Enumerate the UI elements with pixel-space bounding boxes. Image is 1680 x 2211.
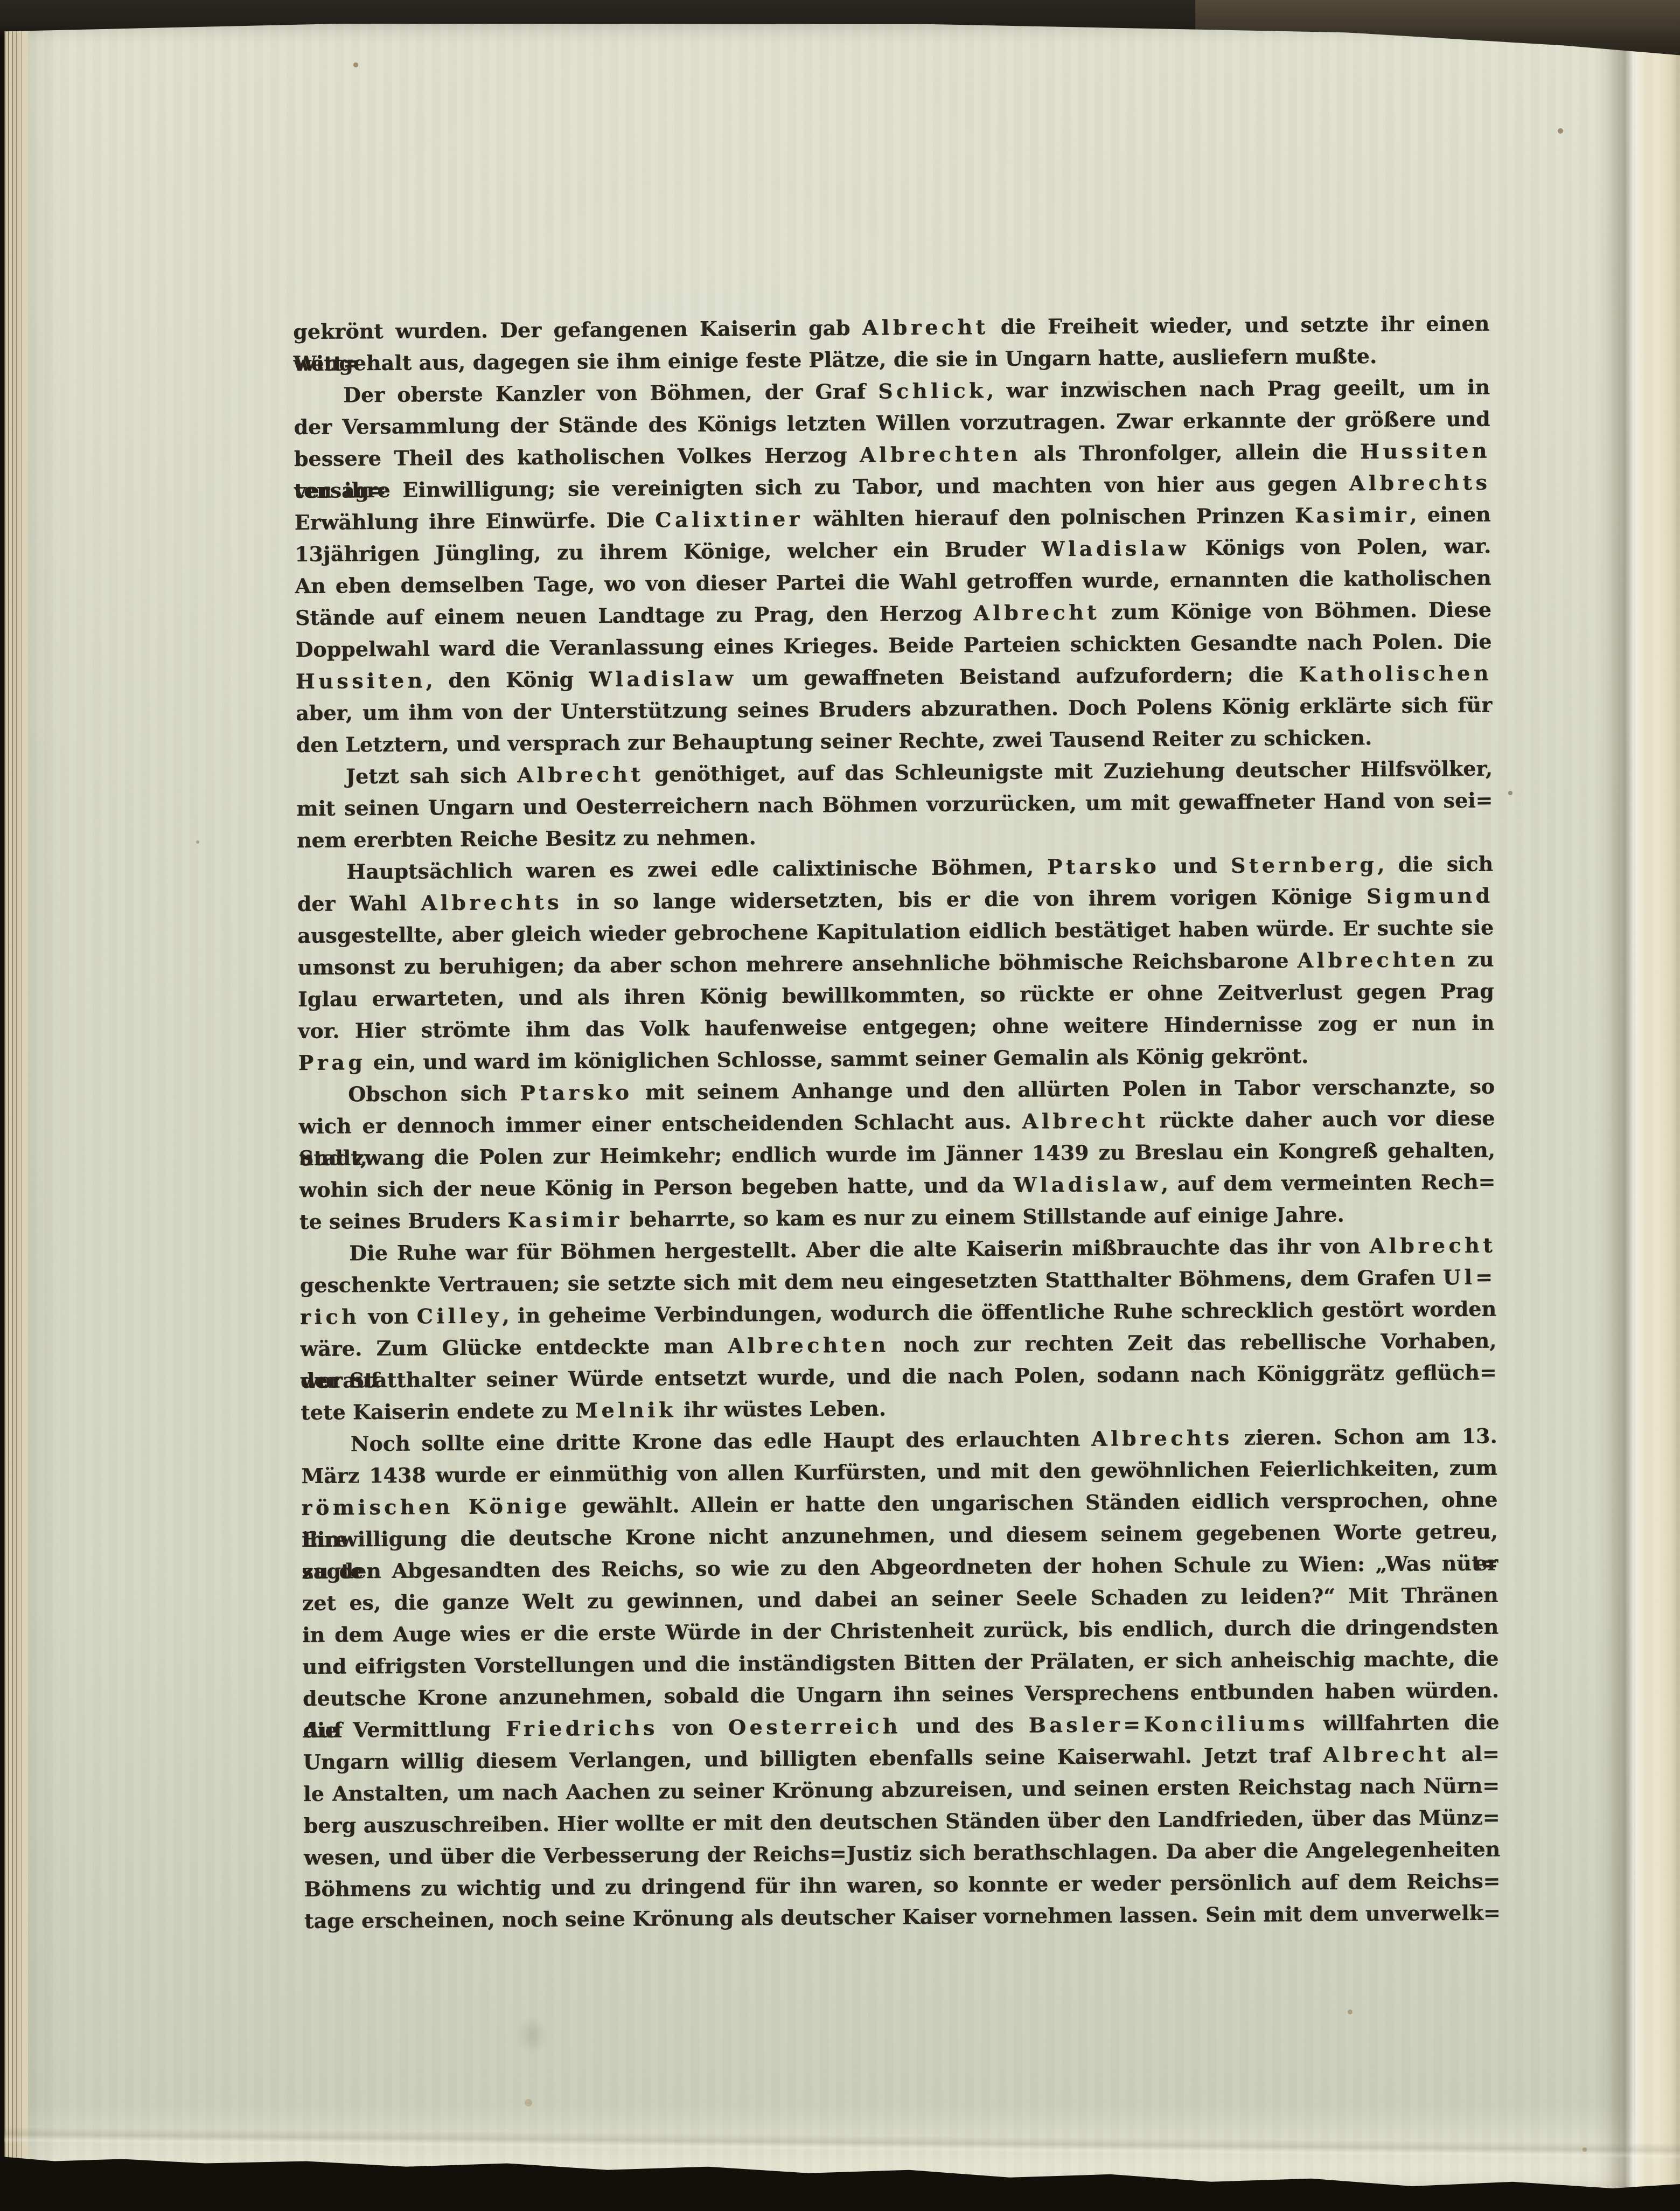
text-run: um gewaffneten Beistand aufzufordern; di… (736, 662, 1299, 690)
text-run: mit seinem Anhange und den allürten Pole… (632, 1074, 1495, 1104)
letterspaced-name: Albrechten (860, 442, 1021, 467)
bottom-fold-shadow (4, 2127, 1680, 2159)
paper-speck (1508, 791, 1512, 795)
text-run: Böhmens zu wichtig und zu dringend für i… (304, 1868, 1500, 1901)
text-run: Die Ruhe war für Böhmen hergestellt. Abe… (349, 1234, 1370, 1265)
scanned-book-photo: gekrönt wurden. Der gefangenen Kaiserin … (0, 0, 1680, 2211)
text-run: und des (901, 1713, 1029, 1739)
deckle-edge-highlight (4, 2175, 1613, 2196)
text-run: Noch sollte eine dritte Krone das edle H… (350, 1427, 1091, 1456)
letterspaced-name: Ptarsko (1047, 854, 1160, 879)
text-run: Hauptsächlich waren es zwei edle calixti… (346, 854, 1047, 884)
text-run: , die sich (1377, 851, 1493, 877)
text-run: und zwang die Polen zur Heimkehr; endlic… (299, 1137, 1495, 1170)
letterspaced-name: Albrecht (973, 600, 1100, 625)
text-run: le Anstalten, um nach Aachen zu seiner K… (303, 1773, 1500, 1806)
text-run: , einen (1410, 502, 1491, 526)
text-run: wich er dennoch immer einer entscheidend… (298, 1109, 1022, 1138)
letterspaced-name: Schlick (878, 378, 987, 403)
text-run: Obschon sich (348, 1081, 520, 1106)
paper-speck (1348, 2010, 1353, 2014)
text-run: tage erscheinen, noch seine Krönung als … (304, 1900, 1501, 1933)
book-page: gekrönt wurden. Der gefangenen Kaiserin … (4, 22, 1680, 2193)
letterspaced-name: Albrechts (1091, 1426, 1233, 1451)
text-run: der Statthalter seiner Würde entsetzt wu… (301, 1360, 1497, 1393)
text-run: wählten hierauf den polnischen Prinzen (803, 503, 1295, 531)
letterspaced-name: Prag (298, 1050, 366, 1075)
letterspaced-name: Friedrichs (506, 1715, 658, 1741)
text-run: zet es, die ganze Welt zu gewinnen, und … (302, 1582, 1498, 1615)
letterspaced-name: Oesterreich (728, 1714, 901, 1739)
text-run: ihr wüstes Leben. (676, 1396, 886, 1422)
letterspaced-name: rich (300, 1304, 360, 1329)
letterspaced-name: Wladislaw (589, 666, 736, 691)
text-run: der Versammlung der Stände des Königs le… (294, 406, 1490, 439)
letterspaced-name: Albrecht (1323, 1742, 1449, 1767)
text-run: mit seinen Ungarn und Oesterreichern nac… (296, 788, 1493, 821)
text-run: als Thronfolger, allein die (1021, 439, 1360, 465)
text-run: , den König (426, 667, 589, 692)
text-run: Königs von Polen, war. (1189, 533, 1491, 560)
letterspaced-name: Wladislaw (1042, 536, 1189, 561)
text-run: Erwählung ihre Einwürfe. Die (295, 507, 656, 534)
letterspaced-name: Kasimir (1295, 503, 1410, 527)
paper-speck (525, 2099, 532, 2106)
text-run: der Wahl (297, 891, 421, 916)
text-run: Stände auf einem neuen Landtage zu Prag,… (295, 601, 974, 630)
text-run: bessere Theil des katholischen Volkes He… (294, 443, 860, 471)
letterspaced-name: Kasimir (507, 1207, 623, 1232)
text-run: umsonst zu beruhigen; da aber schon mehr… (297, 948, 1297, 979)
text-run: zu den Abgesandten des Reichs, so wie zu… (302, 1551, 1498, 1583)
text-run: von (658, 1715, 728, 1740)
letterspaced-name: Albrecht (1369, 1233, 1496, 1258)
ink-showthrough-smudge (511, 2010, 554, 2061)
letterspaced-name: Albrechten (728, 1332, 889, 1358)
text-run: willfahrten die (1308, 1709, 1500, 1735)
text-run: wäre. Zum Glücke entdeckte man (300, 1333, 728, 1361)
text-run: März 1438 wurde er einmüthig von allen K… (301, 1455, 1497, 1488)
text-run: in so lange widersetzten, bis er die von… (562, 884, 1367, 914)
text-run: genöthiget, auf das Schleunigste mit Zuz… (644, 756, 1493, 786)
text-run: und eifrigsten Vorstellungen und die ins… (302, 1646, 1498, 1679)
letterspaced-name: Hussiten (296, 668, 426, 693)
letterspaced-name: Sternberg (1231, 852, 1378, 878)
letterspaced-name: Basler=Konciliums (1028, 1711, 1308, 1737)
letterspaced-name: Albrecht (1022, 1108, 1148, 1134)
letterspaced-name: Sigmund (1367, 883, 1494, 908)
text-run: , in geheime Verbindungen, wodurch die ö… (502, 1296, 1496, 1327)
text-run: gekrönt wurden. Der gefangenen Kaiserin … (293, 316, 862, 344)
letterspaced-name: Ul= (1443, 1264, 1496, 1289)
text-run: aber, um ihm von der Unterstützung seine… (296, 692, 1492, 725)
text-run: die Vermittlung (303, 1716, 506, 1742)
text-run: Jetzt sah sich (346, 763, 518, 788)
text-run: und (1160, 853, 1231, 878)
text-run: beharrte, so kam es nur zu einem Stillst… (623, 1202, 1344, 1231)
letterspaced-name: Albrechten (1297, 947, 1459, 972)
letterspaced-name: Ptarsko (520, 1080, 632, 1105)
text-run: zu (1459, 947, 1494, 971)
text-run: von (360, 1304, 417, 1329)
text-run: wohin sich der neue König in Person bege… (299, 1173, 1014, 1202)
text-run: 13jährigen Jüngling, zu ihrem Könige, we… (295, 537, 1042, 566)
text-run: ein, und ward im königlichen Schlosse, s… (366, 1044, 1308, 1074)
text-run: al= (1449, 1741, 1500, 1766)
letterspaced-name: Cilley (417, 1303, 503, 1328)
text-run: geschenkte Vertrauen; sie setzte sich mi… (299, 1265, 1442, 1297)
adjacent-page-edge (1635, 22, 1680, 2193)
text-run: ausgestellte, aber gleich wieder gebroch… (297, 915, 1494, 948)
letterspaced-name: Albrecht (517, 762, 644, 787)
letterspaced-name: Melnik (575, 1397, 677, 1422)
text-run: Doppelwahl ward die Veranlassung eines K… (295, 629, 1491, 662)
letterspaced-name: römischen Könige (301, 1493, 570, 1519)
text-run: Der oberste Kanzler von Böhmen, der Graf (343, 379, 878, 407)
text-run: zum Könige von Böhmen. Diese (1100, 597, 1491, 624)
letterspaced-name: Albrecht (862, 315, 989, 340)
text-run: wengehalt aus, dagegen sie ihm einige fe… (293, 344, 1377, 376)
letterspaced-name: Wladislaw (1013, 1172, 1161, 1197)
text-run: ten ihre Einwilligung; sie vereinigten s… (294, 471, 1349, 503)
text-run: nem ererbten Reiche Besitz zu nehmen. (297, 825, 756, 852)
text-run: An eben demselben Tage, wo von dieser Pa… (295, 565, 1491, 598)
text-run: te seines Bruders (299, 1208, 508, 1234)
text-run: vor. Hier strömte ihm das Volk haufenwei… (298, 1010, 1494, 1043)
text-run: zieren. Schon am 13. (1232, 1423, 1497, 1449)
text-run: tete Kaiserin endete zu (301, 1398, 575, 1424)
text-run: Ungarn willig diesem Verlangen, und bill… (303, 1743, 1323, 1774)
text-run: den Letztern, und versprach zur Behauptu… (296, 725, 1372, 757)
letterspaced-name: Calixtiner (655, 506, 803, 532)
letterspaced-name: Hussiten (1360, 438, 1490, 463)
letterspaced-name: Albrechts (1349, 470, 1491, 495)
text-run: in dem Auge wies er die erste Würde in d… (302, 1614, 1498, 1647)
page-text-block: gekrönt wurden. Der gefangenen Kaiserin … (293, 307, 1501, 1936)
text-run: wesen, und über die Verbesserung der Rei… (304, 1837, 1500, 1869)
text-run: Iglau erwarteten, und als ihren König be… (298, 978, 1494, 1011)
page-edge-stack (4, 22, 28, 2193)
paper-speck (1558, 128, 1563, 134)
paper-speck (353, 62, 358, 67)
text-run: berg auszuschreiben. Hier wollte er mit … (303, 1805, 1500, 1838)
text-run: , war inzwischen nach Prag geeilt, um in (987, 374, 1490, 402)
text-run: , auf dem vermeinten Rech= (1161, 1169, 1495, 1195)
letterspaced-name: Albrechts (421, 890, 562, 915)
paper-speck (196, 840, 199, 844)
letterspaced-name: Katholischen (1299, 660, 1492, 686)
